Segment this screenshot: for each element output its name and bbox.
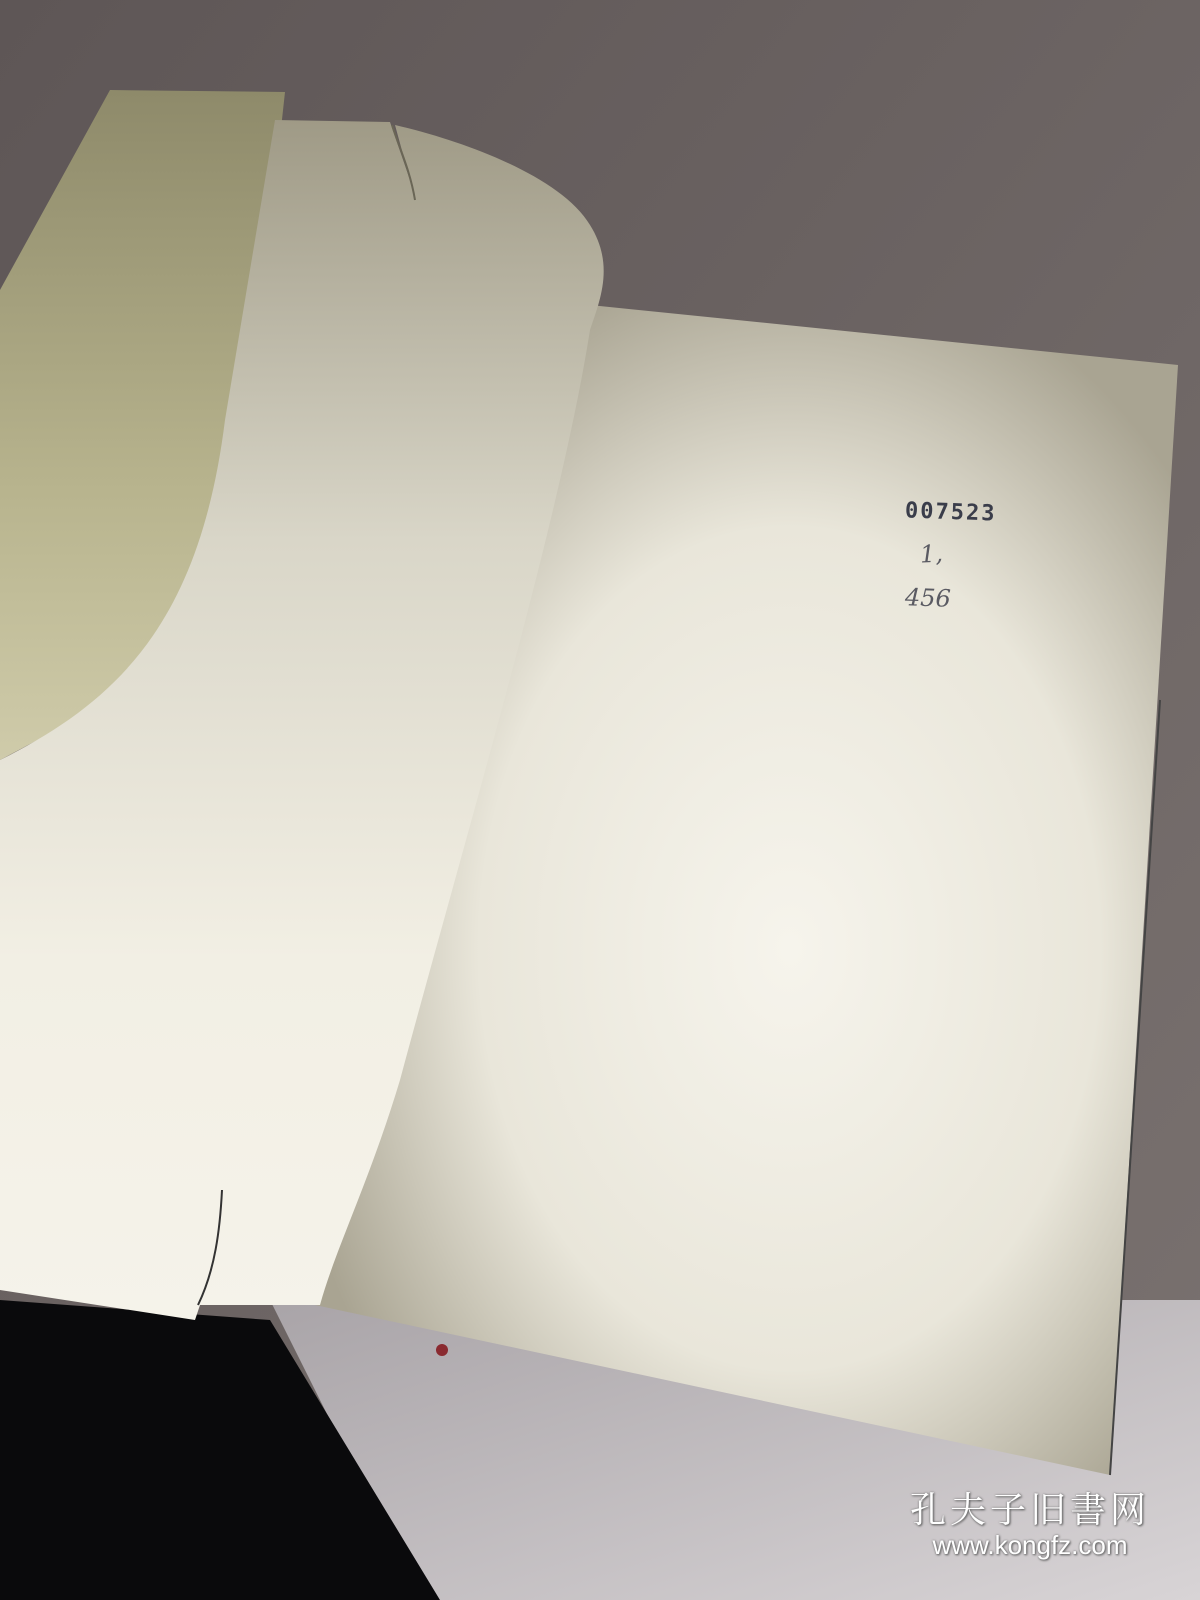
handwritten-note-2: 456: [905, 583, 952, 613]
watermark-url: www.kongfz.com: [880, 1530, 1180, 1561]
watermark-site-name: 孔夫子旧書网: [880, 1482, 1180, 1533]
handwritten-note-1: 1,: [919, 539, 943, 568]
stamp-number: 007523: [905, 498, 997, 526]
photo-background: [0, 0, 1200, 1600]
book-photo: 007523 1, 456 孔夫子旧書网 www.kongfz.com: [0, 0, 1200, 1600]
